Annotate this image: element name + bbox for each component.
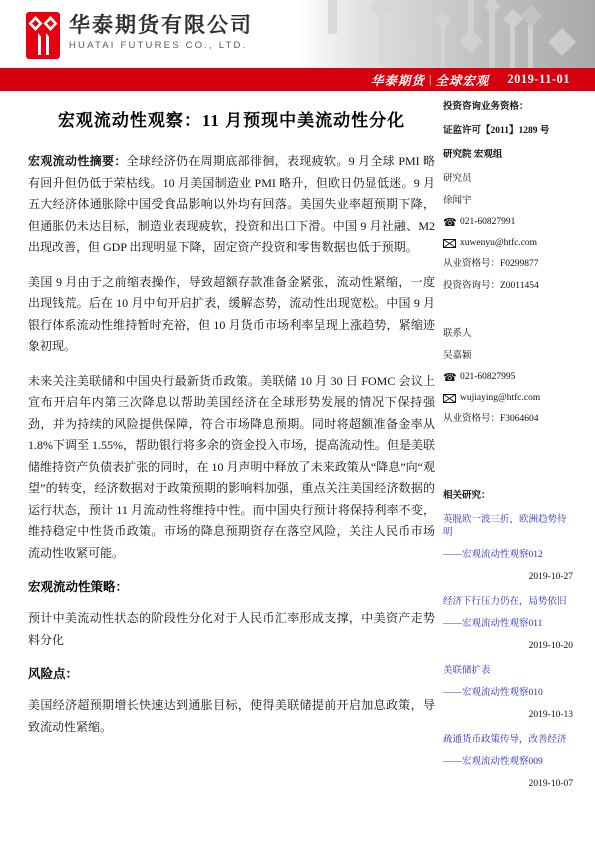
summary-label: 宏观流动性摘要： (28, 154, 127, 168)
summary-paragraph: 宏观流动性摘要：全球经济仍在周期底部徘徊，表现疲软。9 月全球 PMI 略有回升… (28, 151, 435, 259)
company-logo-block: 华泰期货有限公司 HUATAI FUTURES CO., LTD. (26, 12, 253, 59)
main-column: 宏观流动性观察：11 月预现中美流动性分化 宏观流动性摘要：全球经济仍在周期底部… (28, 100, 435, 751)
related-series-link[interactable]: ——宏观流动性观察012 (443, 549, 573, 562)
related-date: 2019-10-20 (443, 640, 573, 653)
contact-phone-row: ☎ 021-60827995 (443, 371, 573, 384)
band-brand: 华泰期货 (371, 71, 425, 89)
related-title-link[interactable]: 经济下行压力仍在，局势依旧 (443, 596, 573, 609)
researcher-role: 研究员 (443, 173, 573, 186)
contact-name: 吴嘉颖 (443, 350, 573, 363)
related-date: 2019-10-13 (443, 709, 573, 722)
researcher-email-row: xuwenyu@htfc.com (443, 237, 573, 250)
researcher-advisory: 投资咨询号：Z0011454 (443, 280, 573, 293)
huatai-logo-icon (26, 12, 60, 59)
related-research-section: 相关研究： 英脱欧一波三折，欧洲趋势待明 ——宏观流动性观察012 2019-1… (443, 490, 573, 791)
related-research-label: 相关研究： (443, 490, 573, 503)
contact-email-row: wujiaying@htfc.com (443, 392, 573, 405)
phone-icon: ☎ (443, 218, 460, 228)
team-name: 研究院 宏观组 (443, 149, 573, 162)
policy-paragraph: 未来关注美联储和中国央行最新货币政策。美联储 10 月 30 日 FOMC 会议… (28, 371, 435, 565)
license-number: 证监许可【2011】1289 号 (443, 125, 573, 138)
researcher-name: 徐闻宇 (443, 195, 573, 208)
related-item: 经济下行压力仍在，局势依旧 ——宏观流动性观察011 2019-10-20 (443, 596, 573, 653)
strategy-heading: 宏观流动性策略： (28, 577, 435, 595)
researcher-cert: 从业资格号：F0299877 (443, 258, 573, 271)
related-date: 2019-10-07 (443, 778, 573, 791)
related-item: 疏通货币政策传导，改善经济 ——宏观流动性观察009 2019-10-07 (443, 734, 573, 791)
summary-text-1: 全球经济仍在周期底部徘徊，表现疲软。9 月全球 PMI 略有回升但仍低于荣枯线。… (28, 154, 435, 254)
band-divider: | (429, 72, 431, 87)
researcher-email-link[interactable]: xuwenyu@htfc.com (460, 237, 537, 250)
related-date: 2019-10-27 (443, 571, 573, 584)
page-header: 华泰期货有限公司 HUATAI FUTURES CO., LTD. (0, 0, 595, 68)
related-title-link[interactable]: 疏通货币政策传导，改善经济 (443, 734, 573, 747)
risk-heading: 风险点： (28, 664, 435, 682)
info-sidebar: 投资咨询业务资格： 证监许可【2011】1289 号 研究院 宏观组 研究员 徐… (443, 101, 573, 803)
qualification-label: 投资咨询业务资格： (443, 101, 573, 114)
category-band: 华泰期货 | 全球宏观 2019-11-01 (0, 68, 595, 91)
email-icon (443, 394, 460, 403)
strategy-paragraph: 预计中美流动性状态的阶段性分化对于人民币汇率形成支撑，中美资产走势料分化 (28, 608, 435, 651)
band-section: 全球宏观 (435, 71, 489, 89)
contact-cert: 从业资格号：F3064604 (443, 413, 573, 426)
contact-role: 联系人 (443, 328, 573, 341)
related-item: 英脱欧一波三折，欧洲趋势待明 ——宏观流动性观察012 2019-10-27 (443, 514, 573, 584)
sidebar-spacer (443, 302, 573, 328)
related-title-link[interactable]: 美联储扩表 (443, 665, 573, 678)
report-title: 宏观流动性观察：11 月预现中美流动性分化 (28, 106, 435, 131)
risk-paragraph: 美国经济超预期增长快速达到通胀目标，使得美联储提前开启加息政策，导致流动性紧缩。 (28, 695, 435, 738)
related-title-link[interactable]: 英脱欧一波三折，欧洲趋势待明 (443, 514, 573, 540)
contact-email-link[interactable]: wujiaying@htfc.com (460, 392, 540, 405)
related-series-link[interactable]: ——宏观流动性观察010 (443, 687, 573, 700)
company-name-cn: 华泰期货有限公司 (69, 14, 253, 38)
related-item: 美联储扩表 ——宏观流动性观察010 2019-10-13 (443, 665, 573, 722)
contact-phone: 021-60827995 (460, 371, 515, 384)
email-icon (443, 239, 460, 248)
researcher-phone-row: ☎ 021-60827991 (443, 216, 573, 229)
company-name-en: HUATAI FUTURES CO., LTD. (69, 40, 253, 51)
related-series-link[interactable]: ——宏观流动性观察011 (443, 618, 573, 631)
report-page: 华泰期货有限公司 HUATAI FUTURES CO., LTD. 华泰期货 |… (0, 0, 595, 842)
phone-icon: ☎ (443, 373, 460, 383)
researcher-phone: 021-60827991 (460, 216, 515, 229)
report-date: 2019-11-01 (507, 72, 570, 87)
liquidity-paragraph: 美国 9 月由于之前缩表操作，导致超额存款准备金紧张，流动性紧缩，一度出现钱荒。… (28, 272, 435, 358)
related-series-link[interactable]: ——宏观流动性观察009 (443, 756, 573, 769)
